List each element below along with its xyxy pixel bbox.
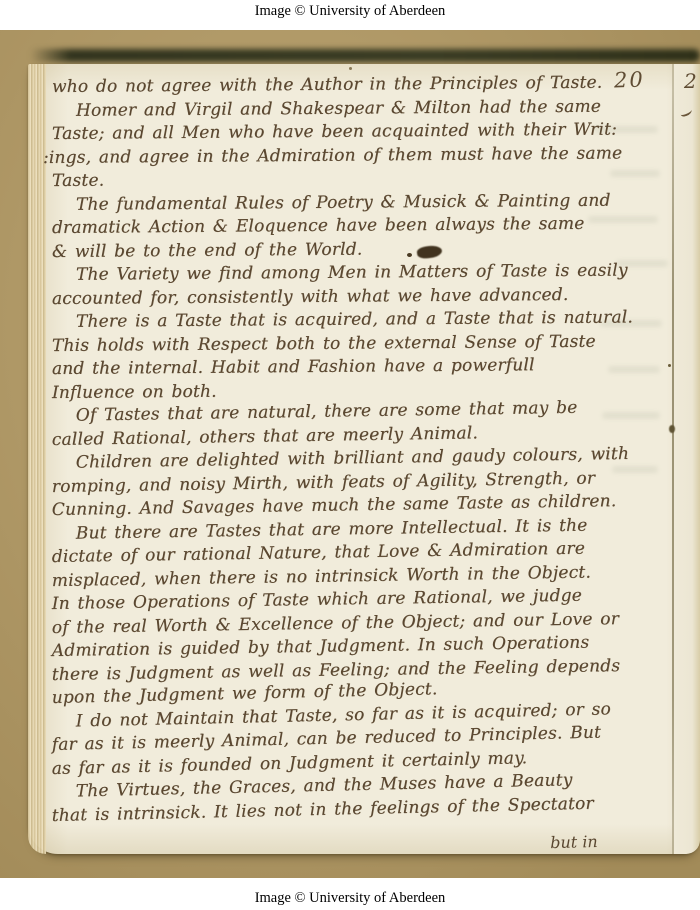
manuscript-page: who do not agree with the Author in the … [28, 64, 700, 854]
ink-speck [349, 67, 352, 70]
adjacent-page-number-fragment: 2 [684, 69, 697, 93]
adjacent-page-edge [674, 64, 700, 854]
page-number: 20 [614, 67, 646, 92]
page-stack-edge [28, 64, 46, 854]
crease-speck [668, 364, 671, 367]
ink-blot-dot [407, 253, 412, 257]
crease-ink-blob [669, 425, 675, 433]
copyright-banner-top: Image © University of Aberdeen [0, 0, 700, 30]
book-top-edge-shadow [30, 49, 700, 62]
manuscript-lines: who do not agree with the Author in the … [52, 76, 672, 852]
copyright-banner-bottom: Image © University of Aberdeen [0, 878, 700, 910]
catchword: but in [52, 828, 672, 868]
gutter-crease [672, 64, 674, 854]
photo-of-manuscript: who do not agree with the Author in the … [0, 30, 700, 878]
